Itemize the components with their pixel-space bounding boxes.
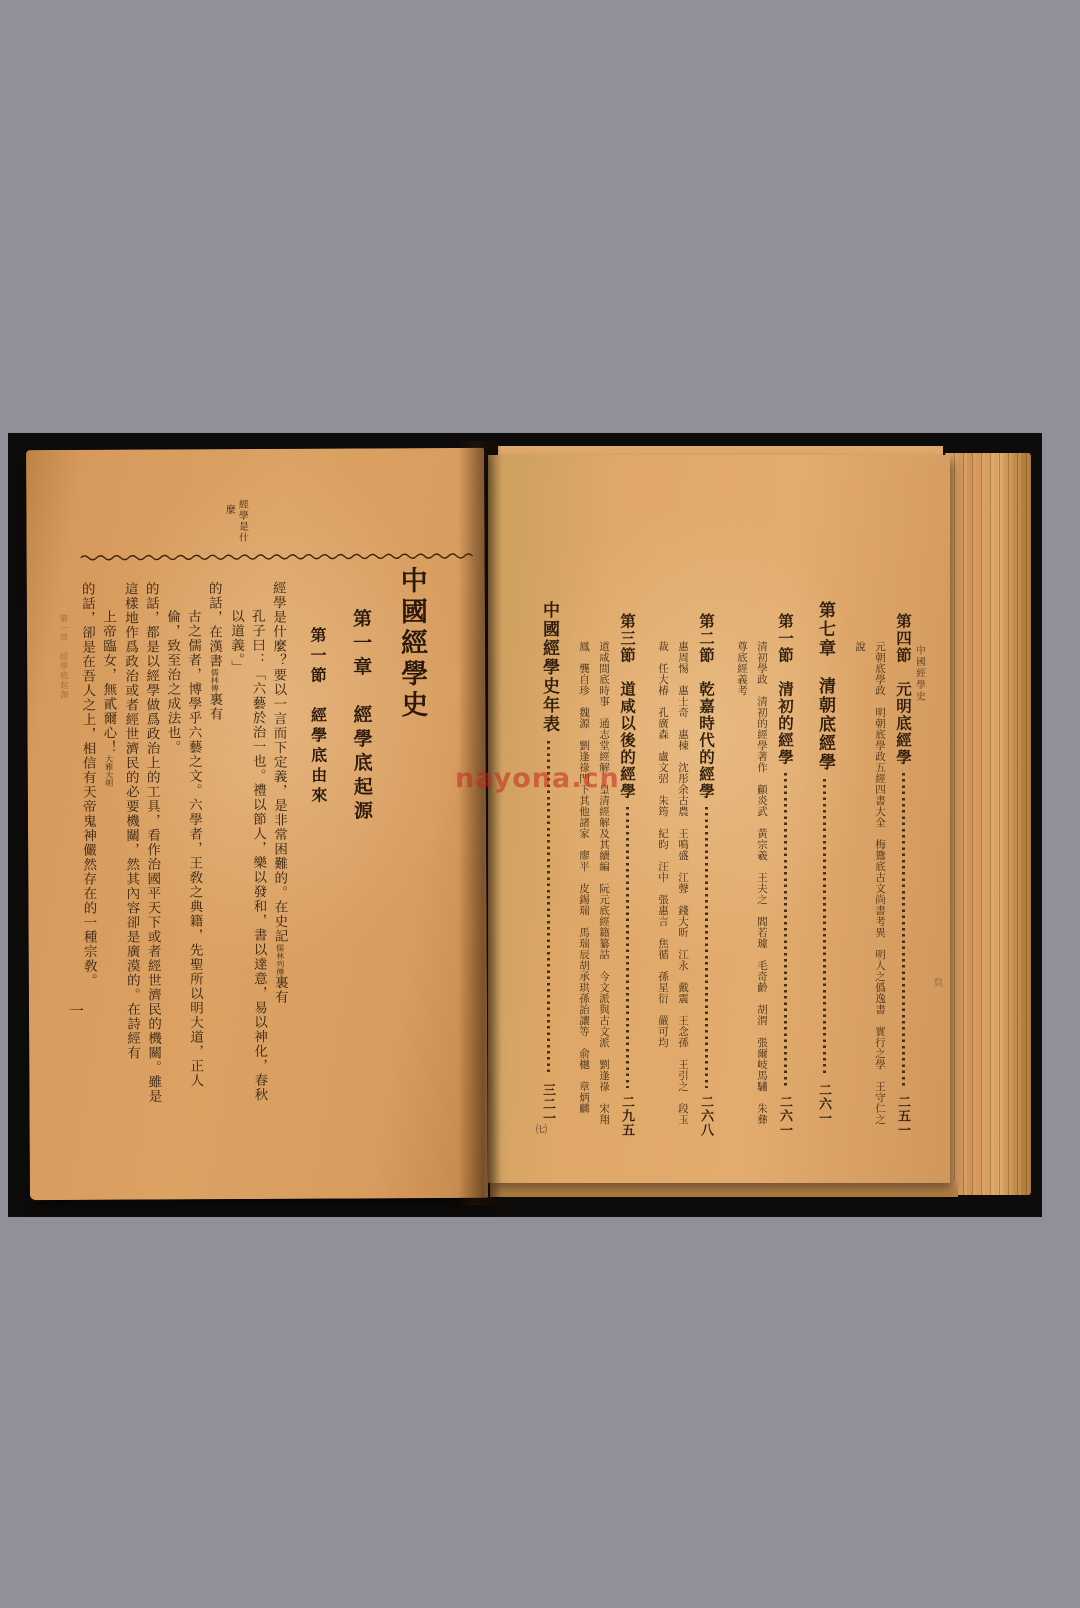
dotted-leader — [823, 779, 826, 1076]
toc-page-number: 二六八 — [693, 1095, 719, 1137]
toc-entry-title: 第一節 清初的經學 — [772, 613, 798, 766]
running-head: 經學是什 — [234, 499, 249, 543]
section-heading: 第一節 經學底由來 — [306, 563, 332, 1107]
book-title: 中國經學史 — [392, 562, 434, 1106]
chapter-heading: 第一章 經學底起源 — [348, 562, 378, 1106]
toc-entry: 第四節 元明底經學二五一元朝底學政 明朝底學政五經四書大全 梅鷟底古文尚書考異 … — [850, 601, 916, 1125]
toc-entry: 第三節 道咸以後的經學二九五道咸間底時事 通志堂經解 皇清經解及其續編 阮元底經… — [574, 601, 640, 1125]
paragraph: 的話，在漢書儒林傳裏有 — [203, 563, 228, 1107]
interlinear-note: 大雅大明 — [105, 755, 114, 787]
paragraph: 的話，都是以經學做爲政治上的工具，看作治國平天下或者經世濟民的機關。雖是這樣地作… — [119, 564, 164, 1108]
wavy-rule — [81, 551, 475, 563]
page-fore-edge-stack — [945, 453, 1031, 1195]
toc-page-number: 二六一 — [811, 1083, 837, 1125]
watermark-text: nayona.cn — [455, 763, 620, 794]
toc-entry: 第一節 清初的經學二六一清初學政 清初的經學著作 顧炎武 黃宗羲 王夫之 閻若璩… — [732, 601, 798, 1125]
quotation: 上帝臨女，無貳爾心！大雅大明 — [97, 564, 122, 1108]
dotted-leader — [902, 773, 905, 1088]
toc-entry-title: 第七章 清朝底經學 — [811, 601, 837, 772]
toc-sub-items: 道咸間底時事 通志堂經解 皇清經解及其續編 阮元底經籍纂詁 今文派與古文派 劉逢… — [574, 601, 614, 1125]
toc-page-number: 二六一 — [772, 1095, 798, 1137]
book-photo: 中國經學史 貟 第四節 元明底經學二五一元朝底學政 明朝底學政五經四書大全 梅鷟… — [8, 433, 1042, 1217]
toc-sub-items: 清初學政 清初的經學著作 顧炎武 黃宗羲 王夫之 閻若璩 毛奇齡 胡渭 張爾岐馬… — [732, 601, 772, 1125]
toc-entry-title: 第二節 乾嘉時代的經學 — [693, 613, 719, 800]
toc-page-number: 二五一 — [890, 1095, 916, 1137]
toc-list: 第四節 元明底經學二五一元朝底學政 明朝底學政五經四書大全 梅鷟底古文尚書考異 … — [550, 601, 916, 1125]
printer-mark: ㈦ — [536, 1121, 547, 1137]
quotation: 古之儒者，博學乎六藝之文。六學者，王敎之典籍，先聖所以明大道，正人倫，致至治之成… — [161, 563, 206, 1107]
dotted-leader — [705, 807, 708, 1088]
running-head-wrap: 麼 — [221, 504, 236, 514]
toc-page-number: 三二一 — [535, 1083, 561, 1125]
interlinear-note: 儒林傳 — [210, 668, 219, 692]
page-number: 一 — [69, 1000, 84, 1021]
toc-page-number: 二九五 — [614, 1095, 640, 1137]
dotted-leader — [784, 773, 787, 1088]
underlying-page-edge-bottom — [490, 1181, 958, 1197]
text-block: 中國經學史 第一章 經學底起源 第一節 經學底由來 經學是什麼？要以一言而下定義… — [75, 562, 434, 1108]
toc-sub-items: 惠周惕 惠士奇 惠棟 沈彤余古農 王鳴盛 江聲 錢大昕 江永 戴震 王念孫 王引… — [653, 601, 693, 1125]
paragraph: 經學是什麼？要以一言而下定義，是非常困難的。在史記儒林列傳裏有 — [267, 563, 292, 1107]
paragraph: 的話，卻是在吾人之上，相信有天帝鬼神儼然存在的一種宗敎。 — [76, 564, 100, 1108]
scan-background: 中國經學史 貟 第四節 元明底經學二五一元朝底學政 明朝底學政五經四書大全 梅鷟… — [0, 0, 1080, 1608]
right-page: 中國經學史 貟 第四節 元明底經學二五一元朝底學政 明朝底學政五經四書大全 梅鷟… — [488, 455, 950, 1183]
dotted-leader — [626, 807, 629, 1088]
folio-mark: 貟 — [929, 977, 944, 987]
left-page: 經學是什 麼 中國經學史 第一章 經學底起源 第一節 經學底由來 經學是什麼？要… — [26, 448, 488, 1200]
toc-entry: 第七章 清朝底經學二六一 — [811, 601, 837, 1125]
margin-note: 第一章 經學底起源 — [57, 614, 69, 700]
quotation: 孔子曰：「六藝於治一也。禮以節人，樂以發和，書以達意，易以神化，春秋以道義。」 — [225, 563, 270, 1107]
toc-entry: 第二節 乾嘉時代的經學二六八惠周惕 惠士奇 惠棟 沈彤余古農 王鳴盛 江聲 錢大… — [653, 601, 719, 1125]
toc-entry-title: 第四節 元明底經學 — [890, 613, 916, 766]
toc-entry-title: 中國經學史年表 — [535, 601, 561, 734]
toc-entry: 中國經學史年表三二一 — [535, 601, 561, 1125]
interlinear-note: 儒林列傳 — [276, 943, 285, 975]
toc-sub-items: 元朝底學政 明朝底學政五經四書大全 梅鷟底古文尚書考異 明人之僞逸書 實行之學 … — [850, 601, 890, 1125]
